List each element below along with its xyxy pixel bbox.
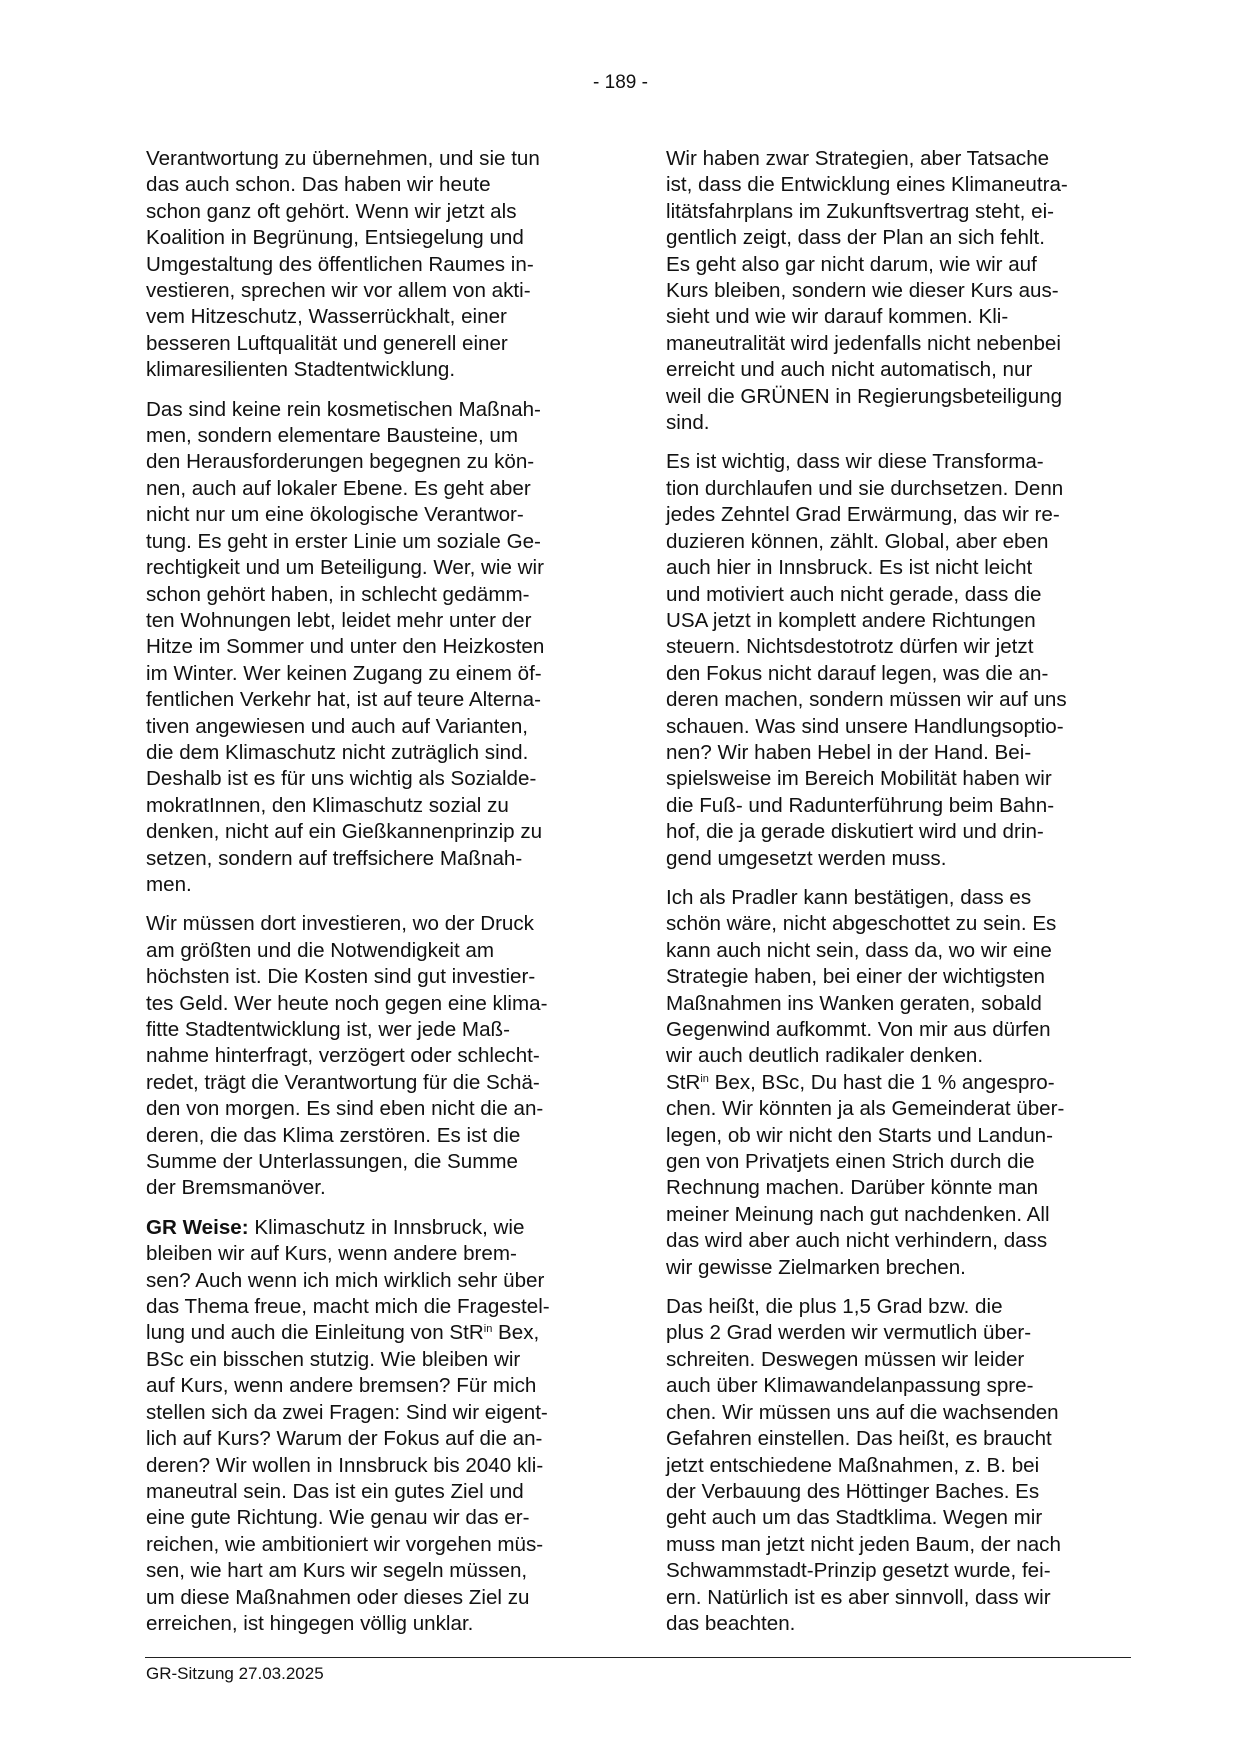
text-line: chen. Wir könnten ja als Gemeinderat übe… (666, 1096, 1108, 1122)
text-line: im Winter. Wer keinen Zugang zu einem öf… (146, 661, 586, 687)
text-line: schön wäre, nicht abgeschottet zu sein. … (666, 911, 1108, 937)
left-column: Verantwortung zu übernehmen, und sie tun… (146, 146, 586, 1650)
text-line: den von morgen. Es sind eben nicht die a… (146, 1096, 586, 1122)
text-line: tung. Es geht in erster Linie um soziale… (146, 529, 586, 555)
text-fragment: lung und auch die Einleitung von StR (146, 1321, 484, 1344)
text-line: geht auch um das Stadtklima. Wegen mir (666, 1505, 1108, 1531)
text-line: maneutralität wird jedenfalls nicht nebe… (666, 331, 1108, 357)
text-line: chen. Wir müssen uns auf die wachsenden (666, 1400, 1108, 1426)
text-line: vestieren, sprechen wir vor allem von ak… (146, 278, 586, 304)
text-line: am größten und die Notwendigkeit am (146, 938, 586, 964)
text-line: gend umgesetzt werden muss. (666, 846, 1108, 872)
text-line: muss man jetzt nicht jeden Baum, der nac… (666, 1532, 1108, 1558)
text-fragment: Bex, (492, 1321, 539, 1344)
paragraph: Das heißt, die plus 1,5 Grad bzw. die pl… (666, 1294, 1108, 1637)
text-line: Koalition in Begrünung, Entsiegelung und (146, 225, 586, 251)
superscript: in (700, 1073, 709, 1085)
text-fragment: Klimaschutz in Innsbruck, wie (249, 1216, 525, 1239)
text-line: stellen sich da zwei Fragen: Sind wir ei… (146, 1400, 586, 1426)
text-line: Es ist wichtig, dass wir diese Transform… (666, 449, 1108, 475)
text-line: schon ganz oft gehört. Wenn wir jetzt al… (146, 199, 586, 225)
text-line: Das sind keine rein kosmetischen Maßnah- (146, 397, 586, 423)
text-line: deren machen, sondern müssen wir auf uns (666, 687, 1108, 713)
paragraph: Das sind keine rein kosmetischen Maßnah-… (146, 397, 586, 899)
text-line: steuern. Nichtsdestotrotz dürfen wir jet… (666, 634, 1108, 660)
text-line: maneutral sein. Das ist ein gutes Ziel u… (146, 1479, 586, 1505)
text-line: erreicht und auch nicht automatisch, nur (666, 357, 1108, 383)
text-line: tiven angewiesen und auch auf Varianten, (146, 714, 586, 740)
text-line: Hitze im Sommer und unter den Heizkosten (146, 634, 586, 660)
text-line: sind. (666, 410, 1108, 436)
text-line: fentlichen Verkehr hat, ist auf teure Al… (146, 687, 586, 713)
text-line: nicht nur um eine ökologische Verantwor- (146, 502, 586, 528)
text-line: deren, die das Klima zerstören. Es ist d… (146, 1123, 586, 1149)
text-line: men. (146, 872, 586, 898)
text-line: den Fokus nicht darauf legen, was die an… (666, 661, 1108, 687)
text-line: GR Weise: Klimaschutz in Innsbruck, wie (146, 1215, 586, 1241)
text-line: das wird aber auch nicht verhindern, das… (666, 1228, 1108, 1254)
text-line: erreichen, ist hingegen völlig unklar. (146, 1611, 586, 1637)
text-line: hof, die ja gerade diskutiert wird und d… (666, 819, 1108, 845)
text-line: Gefahren einstellen. Das heißt, es brauc… (666, 1426, 1108, 1452)
text-line: denken, nicht auf ein Gießkannenprinzip … (146, 819, 586, 845)
paragraph: Wir müssen dort investieren, wo der Druc… (146, 911, 586, 1201)
text-fragment: Bex, BSc, Du hast die 1 % angespro- (709, 1071, 1055, 1094)
text-line: und motiviert auch nicht gerade, dass di… (666, 582, 1108, 608)
text-line: ist, dass die Entwicklung eines Klimaneu… (666, 172, 1108, 198)
text-line: legen, ob wir nicht den Starts und Landu… (666, 1123, 1108, 1149)
text-line: Ich als Pradler kann bestätigen, dass es (666, 885, 1108, 911)
text-line: kann auch nicht sein, dass da, wo wir ei… (666, 938, 1108, 964)
text-line: fitte Stadtentwicklung ist, wer jede Maß… (146, 1017, 586, 1043)
paragraph: Wir haben zwar Strategien, aber Tatsache… (666, 146, 1108, 436)
text-line: höchsten ist. Die Kosten sind gut invest… (146, 964, 586, 990)
page-number: - 189 - (0, 72, 1241, 94)
text-line: das Thema freue, macht mich die Frageste… (146, 1294, 586, 1320)
text-line: Kurs bleiben, sondern wie dieser Kurs au… (666, 278, 1108, 304)
text-line: auch über Klimawandelanpassung spre- (666, 1373, 1108, 1399)
text-line: der Verbauung des Höttinger Baches. Es (666, 1479, 1108, 1505)
text-line: ten Wohnungen lebt, leidet mehr unter de… (146, 608, 586, 634)
text-line: eine gute Richtung. Wie genau wir das er… (146, 1505, 586, 1531)
text-line: lich auf Kurs? Warum der Fokus auf die a… (146, 1426, 586, 1452)
text-line: die Fuß- und Radunterführung beim Bahn- (666, 793, 1108, 819)
text-line: das auch schon. Das haben wir heute (146, 172, 586, 198)
text-line: rechtigkeit und um Beteiligung. Wer, wie… (146, 555, 586, 581)
text-line: nahme hinterfragt, verzögert oder schlec… (146, 1043, 586, 1069)
text-line: auch hier in Innsbruck. Es ist nicht lei… (666, 555, 1108, 581)
text-line: jedes Zehntel Grad Erwärmung, das wir re… (666, 502, 1108, 528)
text-line: setzen, sondern auf treffsichere Maßnah- (146, 846, 586, 872)
paragraph: Es ist wichtig, dass wir diese Transform… (666, 449, 1108, 872)
text-line: die dem Klimaschutz nicht zuträglich sin… (146, 740, 586, 766)
text-line: lung und auch die Einleitung von StRin B… (146, 1320, 586, 1346)
footer-session-date: GR-Sitzung 27.03.2025 (146, 1664, 324, 1684)
text-line: klimaresilienten Stadtentwicklung. (146, 357, 586, 383)
text-line: Rechnung machen. Darüber könnte man (666, 1175, 1108, 1201)
text-line: Schwammstadt-Prinzip gesetzt wurde, fei- (666, 1558, 1108, 1584)
speaker-name: GR Weise: (146, 1216, 249, 1239)
text-line: tion durchlaufen und sie durchsetzen. De… (666, 476, 1108, 502)
text-line: wir auch deutlich radikaler denken. (666, 1043, 1108, 1069)
text-line: nen, auch auf lokaler Ebene. Es geht abe… (146, 476, 586, 502)
paragraph: Ich als Pradler kann bestätigen, dass es… (666, 885, 1108, 1281)
text-line: den Herausforderungen begegnen zu kön- (146, 449, 586, 475)
text-line: USA jetzt in komplett andere Richtungen (666, 608, 1108, 634)
text-line: jetzt entschiedene Maßnahmen, z. B. bei (666, 1453, 1108, 1479)
text-line: tes Geld. Wer heute noch gegen eine klim… (146, 991, 586, 1017)
text-fragment: StR (666, 1071, 700, 1094)
text-line: ern. Natürlich ist es aber sinnvoll, das… (666, 1585, 1108, 1611)
text-line: schauen. Was sind unsere Handlungsoptio- (666, 714, 1108, 740)
text-line: redet, trägt die Verantwortung für die S… (146, 1070, 586, 1096)
text-line: Das heißt, die plus 1,5 Grad bzw. die (666, 1294, 1108, 1320)
text-line: Wir müssen dort investieren, wo der Druc… (146, 911, 586, 937)
text-line: spielsweise im Bereich Mobilität haben w… (666, 766, 1108, 792)
text-line: Summe der Unterlassungen, die Summe (146, 1149, 586, 1175)
text-line: schreiten. Deswegen müssen wir leider (666, 1347, 1108, 1373)
text-line: wir gewisse Zielmarken brechen. (666, 1255, 1108, 1281)
text-line: schon gehört haben, in schlecht gedämm- (146, 582, 586, 608)
text-line: Deshalb ist es für uns wichtig als Sozia… (146, 766, 586, 792)
text-line: auf Kurs, wenn andere bremsen? Für mich (146, 1373, 586, 1399)
text-line: der Bremsmanöver. (146, 1175, 586, 1201)
text-line: meiner Meinung nach gut nachdenken. All (666, 1202, 1108, 1228)
text-line: Gegenwind aufkommt. Von mir aus dürfen (666, 1017, 1108, 1043)
text-line: bleiben wir auf Kurs, wenn andere brem- (146, 1241, 586, 1267)
text-line: StRin Bex, BSc, Du hast die 1 % angespro… (666, 1070, 1108, 1096)
text-line: weil die GRÜNEN in Regierungsbeteiligung (666, 384, 1108, 410)
text-line: litätsfahrplans im Zukunftsvertrag steht… (666, 199, 1108, 225)
text-line: sen? Auch wenn ich mich wirklich sehr üb… (146, 1268, 586, 1294)
text-line: reichen, wie ambitioniert wir vorgehen m… (146, 1532, 586, 1558)
speaker-paragraph: GR Weise: Klimaschutz in Innsbruck, wie … (146, 1215, 586, 1638)
text-line: sen, wie hart am Kurs wir segeln müssen, (146, 1558, 586, 1584)
text-line: nen? Wir haben Hebel in der Hand. Bei- (666, 740, 1108, 766)
text-line: das beachten. (666, 1611, 1108, 1637)
text-line: men, sondern elementare Bausteine, um (146, 423, 586, 449)
text-line: Maßnahmen ins Wanken geraten, sobald (666, 991, 1108, 1017)
right-column: Wir haben zwar Strategien, aber Tatsache… (666, 146, 1108, 1650)
text-line: um diese Maßnahmen oder dieses Ziel zu (146, 1585, 586, 1611)
text-line: gentlich zeigt, dass der Plan an sich fe… (666, 225, 1108, 251)
text-line: besseren Luftqualität und generell einer (146, 331, 586, 357)
text-line: plus 2 Grad werden wir vermutlich über- (666, 1320, 1108, 1346)
footer-divider (145, 1657, 1131, 1658)
text-line: deren? Wir wollen in Innsbruck bis 2040 … (146, 1453, 586, 1479)
text-line: Es geht also gar nicht darum, wie wir au… (666, 252, 1108, 278)
text-line: gen von Privatjets einen Strich durch di… (666, 1149, 1108, 1175)
text-line: Verantwortung zu übernehmen, und sie tun (146, 146, 586, 172)
text-line: vem Hitzeschutz, Wasserrückhalt, einer (146, 304, 586, 330)
text-line: Umgestaltung des öffentlichen Raumes in- (146, 252, 586, 278)
text-line: mokratInnen, den Klimaschutz sozial zu (146, 793, 586, 819)
text-line: sieht und wie wir darauf kommen. Kli- (666, 304, 1108, 330)
text-line: BSc ein bisschen stutzig. Wie bleiben wi… (146, 1347, 586, 1373)
paragraph: Verantwortung zu übernehmen, und sie tun… (146, 146, 586, 384)
text-line: Wir haben zwar Strategien, aber Tatsache (666, 146, 1108, 172)
text-line: duzieren können, zählt. Global, aber ebe… (666, 529, 1108, 555)
text-line: Strategie haben, bei einer der wichtigst… (666, 964, 1108, 990)
